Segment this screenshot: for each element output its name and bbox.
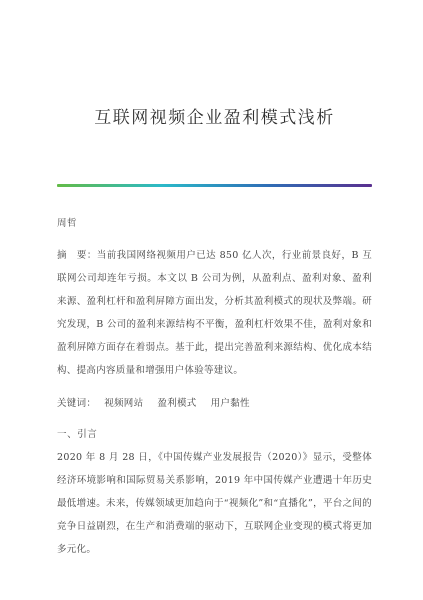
- article-title: 互联网视频企业盈利模式浅析: [57, 11, 372, 129]
- title-divider: [57, 184, 372, 187]
- keyword-item: 视频网站: [104, 392, 143, 415]
- document-content: 互联网视频企业盈利模式浅析 周哲 摘 要：当前我国网络视频用户已达 850 亿人…: [57, 11, 372, 561]
- keyword-item: 盈利模式: [157, 392, 196, 415]
- section-heading-intro: 一、引言: [57, 423, 372, 446]
- abstract-text: 当前我国网络视频用户已达 850 亿人次，行业前景良好，B 互联网公司却连年亏损…: [57, 250, 372, 376]
- keyword-item: 用户黏性: [211, 392, 250, 415]
- keywords-label: 关键词：: [57, 398, 96, 409]
- abstract-paragraph: 摘 要：当前我国网络视频用户已达 850 亿人次，行业前景良好，B 互联网公司却…: [57, 244, 372, 382]
- keywords-line: 关键词：视频网站盈利模式用户黏性: [57, 392, 372, 415]
- author-name: 周哲: [57, 217, 372, 231]
- abstract-label: 摘 要：: [57, 250, 97, 261]
- intro-paragraph: 2020 年 8 月 28 日，《中国传媒产业发展报告（2020）》显示，受整体…: [57, 446, 372, 561]
- document-page: 互联网视频企业盈利模式浅析 周哲 摘 要：当前我国网络视频用户已达 850 亿人…: [0, 0, 423, 600]
